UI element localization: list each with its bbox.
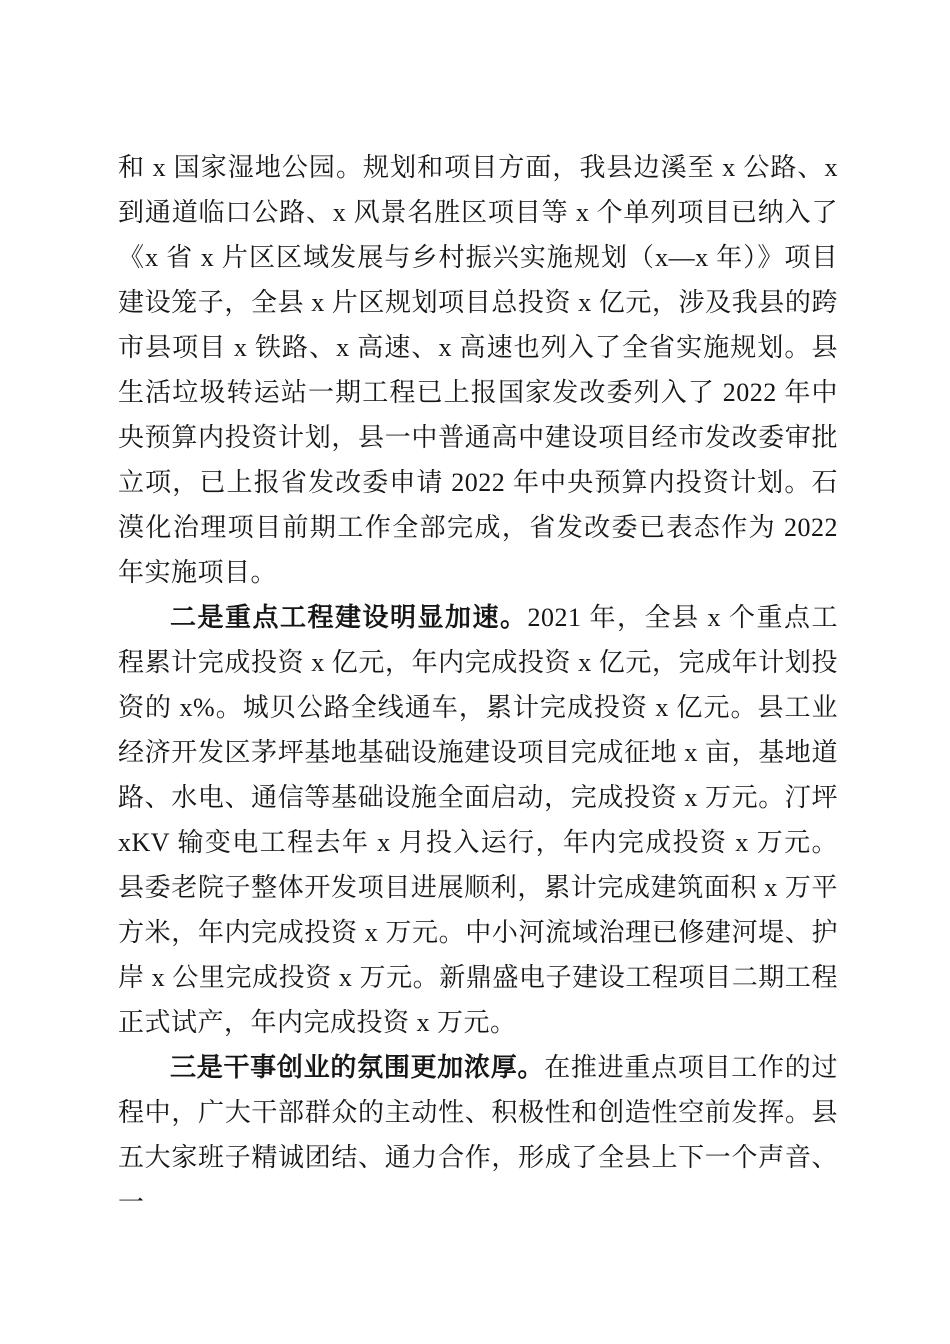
paragraph-continuation: 和 x 国家湿地公园。规划和项目方面，我县边溪至 x 公路、x 到通道临口公路、…: [118, 145, 838, 595]
paragraph-lead-bold: 二是重点工程建设明显加速。: [170, 603, 527, 632]
paragraph-point-two: 二是重点工程建设明显加速。2021 年，全县 x 个重点工程累计完成投资 x 亿…: [118, 595, 838, 1045]
document-body: 和 x 国家湿地公园。规划和项目方面，我县边溪至 x 公路、x 到通道临口公路、…: [0, 0, 950, 1344]
paragraph-point-three: 三是干事创业的氛围更加浓厚。在推进重点项目工作的过程中，广大干部群众的主动性、积…: [118, 1045, 838, 1225]
paragraph-text: 和 x 国家湿地公园。规划和项目方面，我县边溪至 x 公路、x 到通道临口公路、…: [118, 153, 838, 587]
document-page: 和 x 国家湿地公园。规划和项目方面，我县边溪至 x 公路、x 到通道临口公路、…: [0, 0, 950, 1344]
paragraph-lead-bold: 三是干事创业的氛围更加浓厚。: [170, 1053, 544, 1082]
paragraph-text: 2021 年，全县 x 个重点工程累计完成投资 x 亿元，年内完成投资 x 亿元…: [118, 603, 838, 1037]
